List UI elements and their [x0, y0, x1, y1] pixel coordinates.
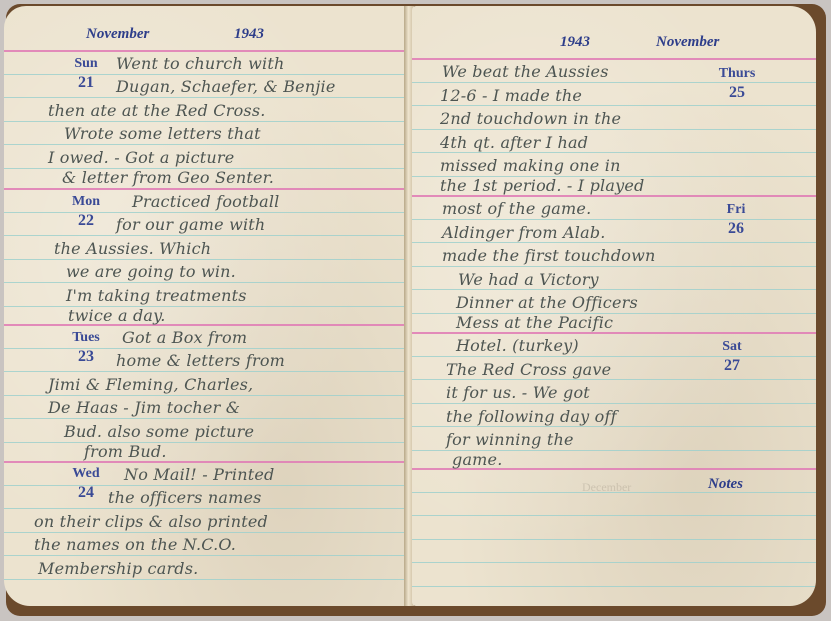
blue-rule — [412, 586, 816, 587]
day-number: 27 — [712, 357, 752, 375]
entry-line: game. — [452, 448, 503, 471]
entry-line: We had a Victory — [458, 268, 599, 291]
day-label-fri-26: Fri 26 — [716, 202, 756, 238]
blue-rule — [412, 562, 816, 563]
day-name: Fri — [727, 202, 746, 217]
left-page: November 1943 Sun 21 Went to church with… — [4, 6, 408, 606]
entry-line: we are going to win. — [66, 260, 236, 283]
day-number: 25 — [712, 84, 762, 102]
header-year: 1943 — [560, 34, 590, 51]
entry-line: Aldinger from Alab. — [442, 221, 606, 244]
entry-line: 2nd touchdown in the — [440, 107, 621, 130]
day-label-tues-23: Tues 23 — [66, 330, 106, 366]
header-month: November — [656, 34, 719, 51]
entry-line: Mess at the Pacific — [456, 311, 613, 334]
entry-line: for our game with — [116, 213, 265, 236]
day-number: 21 — [66, 74, 106, 92]
entry-line: Dugan, Schaefer, & Benjie — [116, 75, 335, 98]
day-name: Sun — [74, 56, 97, 71]
entry-line: Wrote some letters that — [64, 122, 261, 145]
entry-line: the officers names — [108, 486, 262, 509]
day-label-sun-21: Sun 21 — [66, 56, 106, 92]
entry-line: Got a Box from — [122, 326, 247, 349]
entry-line: made the first touchdown — [442, 244, 656, 267]
day-name: Thurs — [719, 66, 756, 81]
day-name: Mon — [72, 194, 100, 209]
entry-line: 12-6 - I made the — [440, 84, 582, 107]
entry-line: the 1st period. - I played — [440, 174, 644, 197]
header-month: November — [86, 26, 149, 43]
day-label-mon-22: Mon 22 — [66, 194, 106, 230]
entry-line: Hotel. (turkey) — [456, 334, 579, 357]
right-page: 1943 November Thurs 25 We beat the Aussi… — [412, 6, 816, 606]
bleed-through-text: December — [582, 480, 631, 495]
entry-line: home & letters from — [116, 349, 285, 372]
day-number: 26 — [716, 220, 756, 238]
day-label-thurs-25: Thurs 25 — [712, 66, 762, 102]
day-name: Wed — [72, 466, 99, 481]
entry-line: then ate at the Red Cross. — [48, 99, 266, 122]
entry-line: The Red Cross gave — [446, 358, 611, 381]
day-label-sat-27: Sat 27 — [712, 339, 752, 375]
day-number: 23 — [66, 348, 106, 366]
notes-label: Notes — [708, 476, 743, 493]
entry-line: the following day off — [446, 405, 617, 428]
entry-line: the Aussies. Which — [54, 237, 211, 260]
day-number: 24 — [66, 484, 106, 502]
entry-line: Went to church with — [116, 52, 285, 75]
day-label-wed-24: Wed 24 — [66, 466, 106, 502]
day-name: Sat — [722, 339, 741, 354]
entry-line: most of the game. — [442, 197, 591, 220]
entry-line: 4th qt. after I had — [440, 131, 588, 154]
entry-line: it for us. - We got — [446, 381, 590, 404]
entry-line: on their clips & also printed — [34, 510, 268, 533]
entry-line: No Mail! - Printed — [124, 463, 274, 486]
entry-line: the names on the N.C.O. — [34, 533, 236, 556]
entry-line: from Bud. — [84, 440, 167, 463]
header-year: 1943 — [234, 26, 264, 43]
entry-line: De Haas - Jim tocher & — [48, 396, 240, 419]
entry-line: We beat the Aussies — [442, 60, 609, 83]
blue-rule — [412, 515, 816, 516]
entry-line: & letter from Geo Senter. — [62, 166, 274, 189]
entry-line: Jimi & Fleming, Charles, — [48, 373, 253, 396]
day-number: 22 — [66, 212, 106, 230]
entry-line: Membership cards. — [38, 557, 198, 580]
day-name: Tues — [72, 330, 100, 345]
entry-line: Practiced football — [132, 190, 279, 213]
blue-rule — [412, 539, 816, 540]
entry-line: twice a day. — [68, 304, 166, 327]
